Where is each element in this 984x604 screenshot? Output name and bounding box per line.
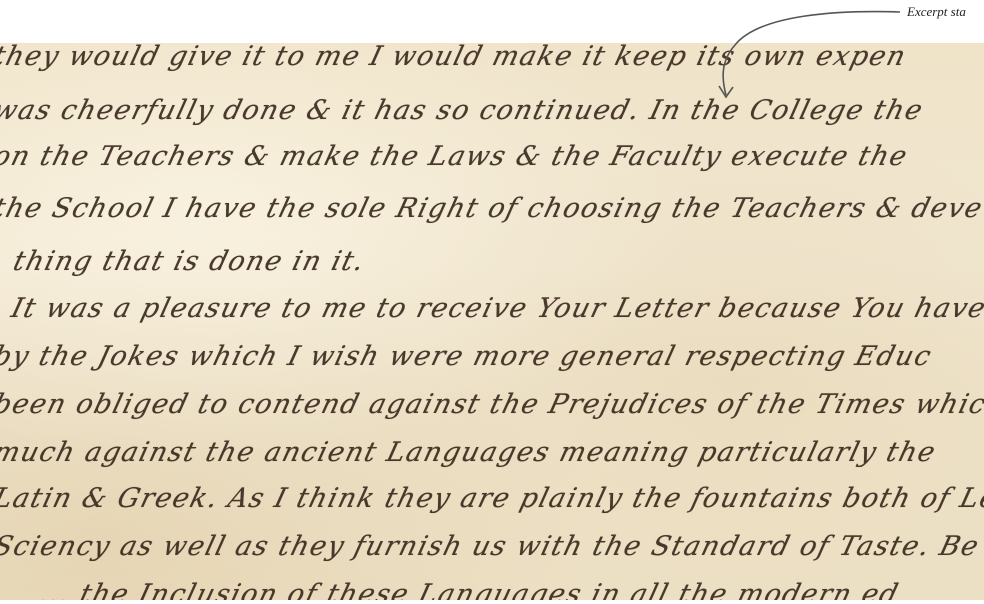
manuscript-line: on the Teachers & make the Laws & the Fa… <box>0 141 911 172</box>
manuscript-line: been obliged to contend against the Prej… <box>0 389 984 420</box>
manuscript-line: much against the ancient Languages meani… <box>0 437 940 468</box>
manuscript-line: by the Jokes which I wish were more gene… <box>0 341 935 372</box>
manuscript-line: It was a pleasure to me to receive Your … <box>8 293 984 324</box>
manuscript-line: they would give it to me I would make it… <box>0 43 910 72</box>
manuscript-line: ... the Inclusion of these Languages in … <box>36 579 902 600</box>
excerpt-start-label: Excerpt sta <box>907 4 966 20</box>
manuscript-line: the School I have the sole Right of choo… <box>0 193 984 224</box>
manuscript-line: Latin & Greek. As I think they are plain… <box>0 483 984 514</box>
manuscript-page: they would give it to me I would make it… <box>0 43 984 600</box>
manuscript-line: thing that is done in it. <box>10 246 368 277</box>
manuscript-line: was cheerfully done & it has so continue… <box>0 95 927 126</box>
annotation-band: Excerpt sta <box>0 0 984 43</box>
manuscript-line: Sciency as well as they furnish us with … <box>0 531 983 562</box>
